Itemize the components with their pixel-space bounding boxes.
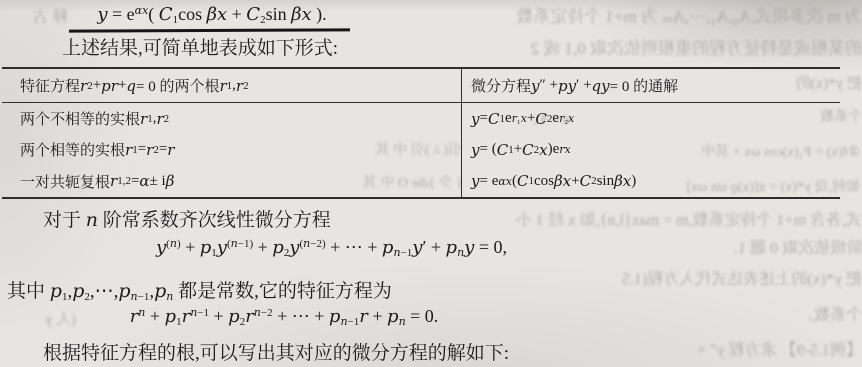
table-header-general-solution: 微分方程 y″ + py′ + qy = 0 的通解 bbox=[462, 69, 840, 103]
paragraph-conclusion: 根据特征方程的根,可以写出其对应的微分方程的解如下: bbox=[43, 338, 509, 365]
textbook-page: 为 m 次多项式,A₀,A₁,⋯,Aₘ 为 m+1 个待定系数的某根或是特征方程… bbox=[0, 0, 862, 367]
page-content: y = eαx( C1cos βx + C2sin βx ). 上述结果,可简单… bbox=[0, 0, 862, 367]
general-solution-formula: y = eαx( C1cos βx + C2sin βx ). bbox=[72, 4, 352, 26]
solutions-table: 特征方程 r2 + pr + q = 0 的两个根 r1,r2 微分方程 y″ … bbox=[2, 67, 840, 199]
table-cell-root-case-distinct-real: 两个不相等的实根 r1,r2 bbox=[2, 103, 462, 134]
table-cell-root-case-complex-conjugate: 一对共轭复根 r1,2 = α ± iβ bbox=[2, 165, 462, 197]
paragraph-nth-order-intro: 对于 n 阶常系数齐次线性微分方程 bbox=[43, 205, 331, 232]
formula-underline-rule bbox=[69, 28, 350, 32]
characteristic-equation: rn + p1rn−1 + p2rn−2 + ⋯ + pn−1r + pn = … bbox=[98, 306, 470, 328]
paragraph-constant-coefficients: 其中 p1,p2,⋯,pn−1,pn 都是常数,它的特征方程为 bbox=[7, 276, 392, 303]
table-cell-solution-complex-conjugate: y = eαx( C1cos βx + C2sin βx ) bbox=[462, 165, 840, 197]
table-cell-root-case-equal-real: 两个相等的实根 r1 = r2 = r bbox=[2, 134, 462, 165]
table-cell-solution-equal-real: y = ( C1 + C2x )erx bbox=[462, 134, 840, 165]
table-cell-solution-distinct-real: y = C1er₁x + C2er₂x bbox=[462, 103, 840, 134]
table-header-characteristic-equation: 特征方程 r2 + pr + q = 0 的两个根 r1,r2 bbox=[2, 69, 462, 103]
nth-order-ode-equation: y(n) + p1y(n−1) + p2y(n−2) + ⋯ + pn−1y′ … bbox=[100, 237, 563, 259]
intro-sentence: 上述结果,可简单地表成如下形式: bbox=[62, 33, 338, 60]
